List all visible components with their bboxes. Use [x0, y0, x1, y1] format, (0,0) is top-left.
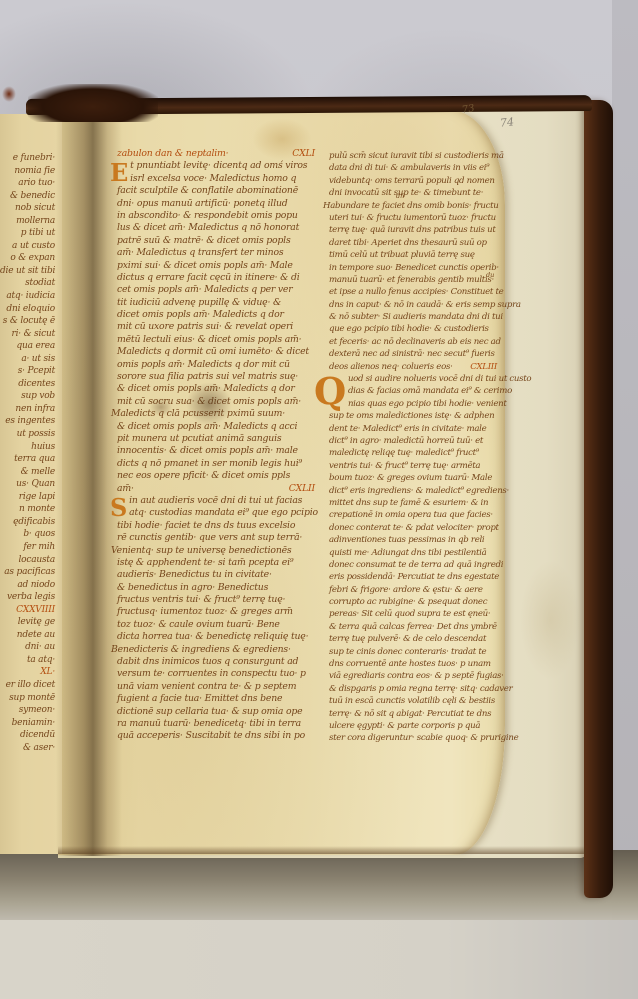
manuscript-line: tit iudiciū advenę pupillę & viduę· &: [117, 297, 317, 309]
line-text: XL·: [40, 667, 55, 677]
line-text: terrę· & nō sit q abigat· Percutiat te d…: [329, 709, 491, 719]
manuscript-line: mit cū uxore patris sui· & revelat operi: [117, 321, 317, 333]
line-text: cet omis popls am̄· Maledicts q per ver: [117, 284, 292, 295]
line-text: dias & facias omā mandata ei⁹ & cerimo: [348, 386, 512, 396]
line-text: es ingentes: [5, 416, 55, 426]
line-text: lus & dicet am̄· Maledictus q nō honorat: [117, 222, 299, 233]
parchment-stain: [252, 118, 312, 160]
line-text: huius: [31, 442, 55, 452]
binding-spine-hump: [28, 84, 158, 122]
line-text: uod si audire nolueris vocē dni di tui u…: [348, 374, 531, 384]
manuscript-line: sup te cinis donec conteraris· tradat te: [329, 646, 499, 658]
manuscript-line: terra qua: [0, 453, 55, 466]
manuscript-line: CXLIIIdeos alienos neq· colueris eos·: [329, 361, 499, 373]
manuscript-line: ut possis: [0, 428, 55, 441]
manuscript-line: dni invocatū sit sup te· & timebunt te·: [329, 187, 499, 199]
folio-number-current: 73: [461, 103, 475, 116]
line-text: fructusq· iumentoz tuoz· & greges arm̄: [117, 606, 293, 617]
manuscript-line: dni· au: [0, 641, 55, 654]
line-text: mit cū uxore patris sui· & revelat operi: [117, 321, 293, 332]
manuscript-line: isrl excelsa voce· Maledictus homo q: [117, 173, 317, 185]
manuscript-line: sup vob: [0, 390, 55, 403]
line-text: in abscondito· & respondebit omis popu: [117, 210, 298, 221]
line-text: a· ut sis: [21, 354, 55, 364]
parchment-stain: [150, 398, 172, 416]
manuscript-line: sup montē: [0, 692, 55, 705]
manuscript-line: dent te· Maledict⁹ eris in civitate· mal…: [329, 423, 499, 435]
line-text: ra manuū tuarū· benedicetq· tibi in terr…: [117, 718, 301, 729]
manuscript-line: o & expan: [0, 252, 55, 265]
line-text: rige lapi: [19, 492, 55, 502]
marginal-note: du: [486, 271, 494, 279]
manuscript-line: mittet dns sup te famē & esuriem· & in: [329, 497, 499, 509]
manuscript-line: a ut custo: [0, 240, 55, 253]
manuscript-line: ta atq·: [0, 654, 55, 667]
line-text: nen infra: [15, 404, 55, 414]
manuscript-line: es ingentes: [0, 415, 55, 428]
line-text: mittet dns sup te famē & esuriem· & in: [329, 498, 488, 508]
text-column-right: pulū scm̄ sicut iuravit tibi si custodie…: [329, 150, 499, 745]
line-text: dictus q errare facit cęcū in itinere· &…: [117, 272, 300, 283]
manuscript-line: terrę tuę· quā iuravit dns patribus tuis…: [329, 224, 499, 236]
manuscript-line: videbuntq· oms terrarū populi qd nomen: [329, 175, 499, 187]
manuscript-line: atq· custodias mandata ei⁹ que ego pcipi…: [117, 507, 317, 519]
line-text: omis popls am̄· Maledicts q dor mit cū: [117, 359, 290, 370]
manuscript-line: dexterā nec ad sinistrā· nec secut⁹ fuer…: [329, 348, 499, 360]
line-text: & terra quā calcas ferrea· Det dns ymbrē: [329, 622, 497, 632]
line-text: crepationē in omia opera tua que facies·: [329, 510, 493, 520]
manuscript-line: daret tibi· Aperiet dns thesaurū suū op: [329, 237, 499, 249]
manuscript-line: boum tuoz· & greges ovium tuarū· Male: [329, 472, 499, 484]
book-shadow: [0, 850, 638, 928]
line-text: tibi hodie· faciet te dns ds tuus excels…: [117, 520, 295, 531]
line-text: daret tibi· Aperiet dns thesaurū suū op: [329, 238, 487, 248]
page-bottom-edge: [58, 846, 586, 854]
line-text: zabulon dan & neptalim·: [117, 148, 228, 159]
manuscript-line: s· Pcepit: [0, 365, 55, 378]
line-text: rē cunctis gentib· que vers ant sup terr…: [117, 532, 302, 543]
line-text: donec conterat te· & pdat velociter· pro…: [329, 523, 499, 533]
illuminated-initial: E: [110, 161, 128, 184]
manuscript-line: et feceris· ac nō declinaveris ab eis ne…: [329, 336, 499, 348]
line-text: qua erea: [16, 341, 55, 351]
manuscript-line: que ego pcipio tibi hodie· & custodieris: [329, 323, 499, 335]
line-text: toz tuoz· & caule ovium tuarū· Bene: [117, 619, 280, 630]
line-text: uteri tui· & fructu iumentorū tuoz· fruc…: [329, 213, 496, 223]
manuscript-line: manuū tuarū· et fenerabis gentib multis·: [329, 274, 499, 286]
manuscript-line: rē cunctis gentib· que vers ant sup terr…: [117, 532, 317, 544]
manuscript-line: b· quos: [0, 528, 55, 541]
line-text: in aut audieris vocē dni di tui ut facia…: [129, 495, 302, 506]
manuscript-line: & aser·: [0, 742, 55, 755]
line-text: ta atq·: [27, 655, 55, 665]
chapter-number: CXLII: [289, 483, 315, 495]
manuscript-line: istę & apphendent te· si tam̄ pcepta ei⁹: [117, 557, 317, 569]
line-text: a ut custo: [12, 241, 55, 251]
manuscript-line: nomia fie: [0, 165, 55, 178]
manuscript-line: beniamin·: [0, 717, 55, 730]
manuscript-line: Sin aut audieris vocē dni di tui ut faci…: [117, 495, 317, 507]
line-text: Maledicts q dormit cū omi iumēto· & dice…: [117, 346, 309, 357]
line-text: dent te· Maledict⁹ eris in civitate· mal…: [329, 424, 486, 434]
line-text: dicts q nō pmanet in ser monib legis hui…: [117, 458, 302, 469]
manuscript-line: p tibi ut: [0, 227, 55, 240]
line-text: dni invocatū sit sup te· & timebunt te·: [329, 188, 483, 198]
manuscript-line: die ut sit tibi: [0, 265, 55, 278]
line-text: videbuntq· oms terrarū populi qd nomen: [329, 176, 495, 186]
manuscript-line: unā viam venient contra te· & p septem: [117, 681, 317, 693]
manuscript-line: am̄· Maledictus q transfert ter minos: [117, 247, 317, 259]
chapter-number: CXLIII: [470, 361, 497, 373]
line-text: sorore sua filia patris sui vel matris s…: [117, 371, 298, 382]
manuscript-line: ri· & sicut: [0, 328, 55, 341]
line-text: locausta: [18, 555, 55, 565]
manuscript-line: CXLIIam̄·: [117, 483, 317, 495]
manuscript-line: quā acceperis· Suscitabit te dns sibi in…: [117, 730, 317, 742]
line-text: nias quas ego pcipio tibi hodie· venient: [348, 399, 507, 409]
manuscript-line: Benedicteris & ingrediens & egrediens·: [117, 644, 317, 656]
line-text: et feceris· ac nō declinaveris ab eis ne…: [329, 337, 501, 347]
manuscript-line: stodiat: [0, 277, 55, 290]
manuscript-line: fructusq· iumentoz tuoz· & greges arm̄: [117, 606, 317, 618]
line-text: die ut sit tibi: [0, 266, 55, 276]
line-text: & benedictus in agro· Benedictus: [117, 582, 268, 593]
manuscript-line: dict⁹ in agro· maledictū horreū tuū· et: [329, 435, 499, 447]
line-text: tuū in escā cunctis volatilib cęli & bes…: [329, 696, 495, 706]
manuscript-line: & terra quā calcas ferrea· Det dns ymbrē: [329, 621, 499, 633]
line-text: dni· au: [25, 642, 55, 652]
manuscript-line: ario tuo·: [0, 177, 55, 190]
line-text: Habundare te faciet dns omib bonis· fruc…: [323, 201, 499, 211]
line-text: pximi sui· & dicet omis popls am̄· Male: [117, 260, 293, 271]
line-text: ulcere ęgypti· & parte corporis p quā: [329, 721, 480, 731]
line-text: dabit dns inimicos tuos q consurgunt ad: [117, 656, 298, 667]
line-text: & nō subter· Si audieris mandata dni di …: [329, 312, 503, 322]
manuscript-line: crepationē in omia opera tua que facies·: [329, 509, 499, 521]
manuscript-line: fer mih: [0, 541, 55, 554]
line-text: dict⁹ eris ingrediens· & maledict⁹ egred…: [329, 486, 509, 496]
manuscript-line: dicts q nō pmanet in ser monib legis hui…: [117, 458, 317, 470]
manuscript-line: tibi hodie· faciet te dns ds tuus excels…: [117, 520, 317, 532]
line-text: fer mih: [23, 542, 55, 552]
manuscript-line: ad niodo: [0, 579, 55, 592]
line-text: facit sculptile & conflatile abomination…: [117, 185, 298, 196]
manuscript-line: quisti me· Adiungat dns tibi pestilentiā: [329, 547, 499, 559]
line-text: & aser·: [23, 743, 55, 753]
line-text: data dni di tui· & ambulaveris in viis e…: [329, 163, 489, 173]
illuminated-initial: S: [110, 496, 127, 519]
line-text: e funebri·: [13, 153, 55, 163]
line-text: dict⁹ in agro· maledictū horreū tuū· et: [329, 436, 483, 446]
line-text: timū celū ut tribuat pluviā terrę suę: [329, 250, 475, 260]
manuscript-line: & melle: [0, 466, 55, 479]
manuscript-line: CXXVIIII: [0, 604, 55, 617]
manuscript-line: dni· opus manuū artificū· ponetq illud: [117, 198, 317, 210]
illuminated-initial: Q: [314, 374, 346, 408]
line-text: s· Pcepit: [18, 366, 55, 376]
manuscript-line: tuū in escā cunctis volatilib cęli & bes…: [329, 695, 499, 707]
manuscript-line: n monte: [0, 503, 55, 516]
parchment-stain: [520, 560, 580, 680]
manuscript-line: Habundare te faciet dns omib bonis· fruc…: [329, 200, 499, 212]
manuscript-line: & benedictus in agro· Benedictus: [117, 582, 317, 594]
line-text: sup vob: [21, 391, 55, 401]
manuscript-line: huius: [0, 441, 55, 454]
manuscript-line: us· Quan: [0, 478, 55, 491]
line-text: dictionē sup cellaria tua· & sup omia op…: [117, 706, 302, 717]
manuscript-line: dict⁹ eris ingrediens· & maledict⁹ egred…: [329, 485, 499, 497]
line-text: sup te cinis donec conteraris· tradat te: [329, 647, 486, 657]
line-text: maledictę reliqę tuę· maledict⁹ fruct⁹: [329, 448, 479, 458]
line-text: pereas· Sit celū quod supra te est ęneū·: [329, 609, 490, 619]
line-text: & melle: [21, 467, 55, 477]
manuscript-line: e funebri·: [0, 152, 55, 165]
line-text: b· quos: [23, 529, 55, 539]
manuscript-line: terrę· & nō sit q abigat· Percutiat te d…: [329, 708, 499, 720]
manuscript-line: timū celū ut tribuat pluviā terrę suę: [329, 249, 499, 261]
line-text: atq· iudicia: [6, 291, 55, 301]
manuscript-line: dicentes: [0, 378, 55, 391]
manuscript-line: innocentis· & dicet omis popls am̄· male: [117, 445, 317, 457]
line-text: am̄· Maledictus q transfert ter minos: [117, 247, 283, 258]
manuscript-line: dias & facias omā mandata ei⁹ & cerimo: [329, 385, 499, 397]
line-text: Benedicteris & ingrediens & egrediens·: [111, 644, 291, 655]
line-text: dns corruentē ante hostes tuos· p unam: [329, 659, 491, 669]
manuscript-line: in abscondito· & respondebit omis popu: [117, 210, 317, 222]
line-text: deos alienos neq· colueris eos·: [329, 362, 453, 372]
manuscript-line: dni eloquio: [0, 303, 55, 316]
manuscript-line: Maledicts q dormit cū omi iumēto· & dice…: [117, 346, 317, 358]
manuscript-line: audieris· Benedictus tu in civitate·: [117, 569, 317, 581]
manuscript-line: nec eos opere pficit· & dicet omis ppls: [117, 470, 317, 482]
manuscript-line: dabit dns inimicos tuos q consurgunt ad: [117, 656, 317, 668]
manuscript-line: locausta: [0, 554, 55, 567]
manuscript-line: ulcere ęgypti· & parte corporis p quā: [329, 720, 499, 732]
manuscript-line: a· ut sis: [0, 353, 55, 366]
table-surface: [0, 920, 638, 999]
ink-smudge: [186, 382, 232, 426]
manuscript-line: donec conterat te· & pdat velociter· pro…: [329, 522, 499, 534]
manuscript-line: omis popls am̄· Maledicts q dor mit cū: [117, 359, 317, 371]
manuscript-line: fugient a facie tua· Emittet dns bene: [117, 693, 317, 705]
line-text: dicet omis popls am̄· Maledicts q dor: [117, 309, 284, 320]
line-text: beniamin·: [12, 718, 55, 728]
manuscript-line: Quod si audire nolueris vocē dni di tui …: [329, 373, 499, 385]
manuscript-line: nias quas ego pcipio tibi hodie· venient: [329, 398, 499, 410]
manuscript-line: adinventiones tuas pessimas in qb reli: [329, 534, 499, 546]
manuscript-line: XL·: [0, 666, 55, 679]
folio-number-next: 74: [499, 115, 514, 129]
line-text: ario tuo·: [18, 178, 55, 188]
manuscript-line: Et pnuntiabt levitę· dicentq ad omś viro…: [117, 160, 317, 172]
line-text: levitę ge: [18, 617, 55, 627]
line-text: corrupto ac rubigine· & psequat donec: [329, 597, 487, 607]
manuscript-line: cet omis popls am̄· Maledicts q per ver: [117, 284, 317, 296]
line-text: istę & apphendent te· si tam̄ pcepta ei⁹: [117, 557, 293, 568]
manuscript-photo: e funebri·nomia fieario tuo·& benedicnob…: [0, 0, 638, 999]
manuscript-line: uteri tui· & fructu iumentorū tuoz· fruc…: [329, 212, 499, 224]
manuscript-line: symeon·: [0, 704, 55, 717]
left-page-text-fragments: e funebri·nomia fieario tuo·& benedicnob…: [0, 152, 55, 754]
line-text: dexterā nec ad sinistrā· nec secut⁹ fuer…: [329, 349, 495, 359]
manuscript-line: dns corruentē ante hostes tuos· p unam: [329, 658, 499, 670]
text-column-left: CXLIzabulon dan & neptalim·Et pnuntiabt …: [117, 148, 317, 743]
line-text: sup te oms maledictiones istę· & adphen: [329, 411, 494, 421]
manuscript-line: ster cora digeruntur· scabie quoq· & pru…: [329, 732, 499, 744]
manuscript-line: dictionē sup cellaria tua· & sup omia op…: [117, 706, 317, 718]
line-text: que ego pcipio tibi hodie· & custodieris: [329, 324, 489, 334]
line-text: dicta horrea tua· & benedictę reliquię t…: [117, 631, 308, 642]
line-text: nec eos opere pficit· & dicet omis ppls: [117, 470, 290, 481]
line-text: dni eloquio: [6, 304, 55, 314]
manuscript-line: dicta horrea tua· & benedictę reliquię t…: [117, 631, 317, 643]
line-text: n monte: [19, 504, 55, 514]
line-text: audieris· Benedictus tu in civitate·: [117, 569, 272, 580]
manuscript-line: rige lapi: [0, 491, 55, 504]
manuscript-line: & benedic: [0, 190, 55, 203]
line-text: eris possidendā· Percutiat te dns egesta…: [329, 572, 499, 582]
line-text: ventris tui· & fruct⁹ terrę tuę· armēta: [329, 461, 480, 471]
line-text: & benedic: [10, 191, 55, 201]
line-text: symeon·: [19, 705, 55, 715]
manuscript-line: versum te· corruentes in conspectu tuo· …: [117, 668, 317, 680]
line-text: tit iudiciū advenę pupillę & viduę· &: [117, 297, 281, 308]
line-text: stodiat: [25, 278, 55, 288]
manuscript-line: as pacificas: [0, 566, 55, 579]
manuscript-line: patrē suū & matrē· & dicet omis popls: [117, 235, 317, 247]
manuscript-line: ndete au: [0, 629, 55, 642]
line-text: quisti me· Adiungat dns tibi pestilentiā: [329, 548, 486, 558]
line-text: atq· custodias mandata ei⁹ que ego pcipi…: [129, 507, 318, 518]
line-text: adinventiones tuas pessimas in qb reli: [329, 535, 484, 545]
line-text: p tibi ut: [21, 228, 55, 238]
line-text: Venientq· sup te universę benedictionēs: [111, 545, 292, 556]
manuscript-line: dictus q errare facit cęcū in itinere· &…: [117, 272, 317, 284]
line-text: ędificabis: [13, 517, 55, 527]
line-text: terrę tuę pulverē· & de celo descendat: [329, 634, 486, 644]
manuscript-line: mollerna: [0, 215, 55, 228]
line-text: am̄·: [117, 483, 134, 494]
manuscript-line: dicet omis popls am̄· Maledicts q dor: [117, 309, 317, 321]
manuscript-line: lus & dicet am̄· Maledictus q nō honorat: [117, 222, 317, 234]
manuscript-line: er illo dicet: [0, 679, 55, 692]
line-text: ad niodo: [17, 580, 55, 590]
manuscript-line: facit sculptile & conflatile abomination…: [117, 185, 317, 197]
line-text: in tempore suo· Benedicet cunctis operib…: [329, 263, 499, 273]
line-text: dicendū: [20, 730, 55, 740]
manuscript-line: levitę ge: [0, 616, 55, 629]
manuscript-line: pit munera ut pcutiat animā sanguis: [117, 433, 317, 445]
line-text: febri & frigore· ardore & ęstu· & aere: [329, 585, 483, 595]
line-text: dicentes: [18, 379, 55, 389]
manuscript-line: mētū lectuli eius· & dicet omis popls am…: [117, 334, 317, 346]
manuscript-line: ędificabis: [0, 516, 55, 529]
manuscript-line: febri & frigore· ardore & ęstu· & aere: [329, 584, 499, 596]
line-text: versum te· corruentes in conspectu tuo· …: [117, 668, 306, 679]
line-text: mētū lectuli eius· & dicet omis popls am…: [117, 334, 301, 345]
line-text: quā acceperis· Suscitabit te dns sibi in…: [117, 730, 305, 741]
manuscript-line: dicendū: [0, 729, 55, 742]
line-text: innocentis· & dicet omis popls am̄· male: [117, 445, 298, 456]
line-text: t pnuntiabt levitę· dicentq ad omś viros: [130, 160, 307, 171]
line-text: ster cora digeruntur· scabie quoq· & pru…: [329, 733, 518, 743]
manuscript-line: corrupto ac rubigine· & psequat donec: [329, 596, 499, 608]
binding-corner: [2, 86, 16, 102]
line-text: ndete au: [17, 630, 55, 640]
line-text: fructus ventris tui· & fruct⁹ terrę tuę·: [117, 594, 285, 605]
manuscript-line: maledictę reliqę tuę· maledict⁹ fruct⁹: [329, 447, 499, 459]
manuscript-line: nob sicut: [0, 202, 55, 215]
line-text: fugient a facie tua· Emittet dns bene: [117, 693, 282, 704]
line-text: dni· opus manuū artificū· ponetq illud: [117, 198, 288, 209]
manuscript-line: toz tuoz· & caule ovium tuarū· Bene: [117, 619, 317, 631]
line-text: sup montē: [9, 693, 55, 703]
manuscript-line: qua erea: [0, 340, 55, 353]
line-text: donec consumat te de terra ad quā ingred…: [329, 560, 503, 570]
manuscript-line: s & locutę ē: [0, 315, 55, 328]
line-text: CXXVIIII: [16, 605, 55, 615]
manuscript-line: ra manuū tuarū· benedicetq· tibi in terr…: [117, 718, 317, 730]
line-text: as pacificas: [4, 567, 55, 577]
line-text: terrę tuę· quā iuravit dns patribus tuis…: [329, 225, 496, 235]
line-text: pit munera ut pcutiat animā sanguis: [117, 433, 281, 444]
line-text: terra qua: [14, 454, 55, 464]
line-text: s & locutę ē: [3, 316, 55, 326]
line-text: o & expan: [10, 253, 55, 263]
line-text: pulū scm̄ sicut iuravit tibi si custodie…: [329, 151, 504, 161]
line-text: boum tuoz· & greges ovium tuarū· Male: [329, 473, 492, 483]
manuscript-line: data dni di tui· & ambulaveris in viis e…: [329, 162, 499, 174]
manuscript-line: atq· iudicia: [0, 290, 55, 303]
line-text: nob sicut: [15, 203, 55, 213]
manuscript-line: verba legis: [0, 591, 55, 604]
line-text: er illo dicet: [6, 680, 55, 690]
line-text: dns in caput· & nō in caudā· & eris semp…: [329, 300, 521, 310]
manuscript-line: pereas· Sit celū quod supra te est ęneū·: [329, 608, 499, 620]
line-text: nomia fie: [14, 166, 55, 176]
line-text: ut possis: [17, 429, 55, 439]
manuscript-line: & nō subter· Si audieris mandata dni di …: [329, 311, 499, 323]
manuscript-line: pximi sui· & dicet omis popls am̄· Male: [117, 260, 317, 272]
line-text: unā viam venient contra te· & p septem: [117, 681, 296, 692]
line-text: patrē suū & matrē· & dicet omis popls: [117, 235, 291, 246]
manuscript-line: pulū scm̄ sicut iuravit tibi si custodie…: [329, 150, 499, 162]
manuscript-line: viā egrediaris contra eos· & p septē fug…: [329, 670, 499, 682]
line-text: et ipse a nullo fenus accipies· Constitu…: [329, 287, 503, 297]
manuscript-line: eris possidendā· Percutiat te dns egesta…: [329, 571, 499, 583]
marginal-note: dn̄: [396, 192, 404, 200]
manuscript-line: sup te oms maledictiones istę· & adphen: [329, 410, 499, 422]
line-text: mollerna: [16, 216, 55, 226]
line-text: verba legis: [7, 592, 55, 602]
line-text: & dispgaris p omia regna terrę· sitq· ca…: [329, 684, 512, 694]
manuscript-line: donec consumat te de terra ad quā ingred…: [329, 559, 499, 571]
book-cover-right: [584, 100, 613, 898]
line-text: viā egrediaris contra eos· & p septē fug…: [329, 671, 504, 681]
manuscript-line: & dispgaris p omia regna terrę· sitq· ca…: [329, 683, 499, 695]
line-text: ri· & sicut: [11, 329, 55, 339]
manuscript-line: fructus ventris tui· & fruct⁹ terrę tuę·: [117, 594, 317, 606]
book-gutter: [56, 108, 122, 856]
manuscript-line: nen infra: [0, 403, 55, 416]
manuscript-line: in tempore suo· Benedicet cunctis operib…: [329, 262, 499, 274]
manuscript-line: et ipse a nullo fenus accipies· Constitu…: [329, 286, 499, 298]
manuscript-line: ventris tui· & fruct⁹ terrę tuę· armēta: [329, 460, 499, 472]
line-text: isrl excelsa voce· Maledictus homo q: [130, 173, 296, 184]
manuscript-line: Venientq· sup te universę benedictionēs: [117, 545, 317, 557]
line-text: us· Quan: [16, 479, 55, 489]
manuscript-line: terrę tuę pulverē· & de celo descendat: [329, 633, 499, 645]
